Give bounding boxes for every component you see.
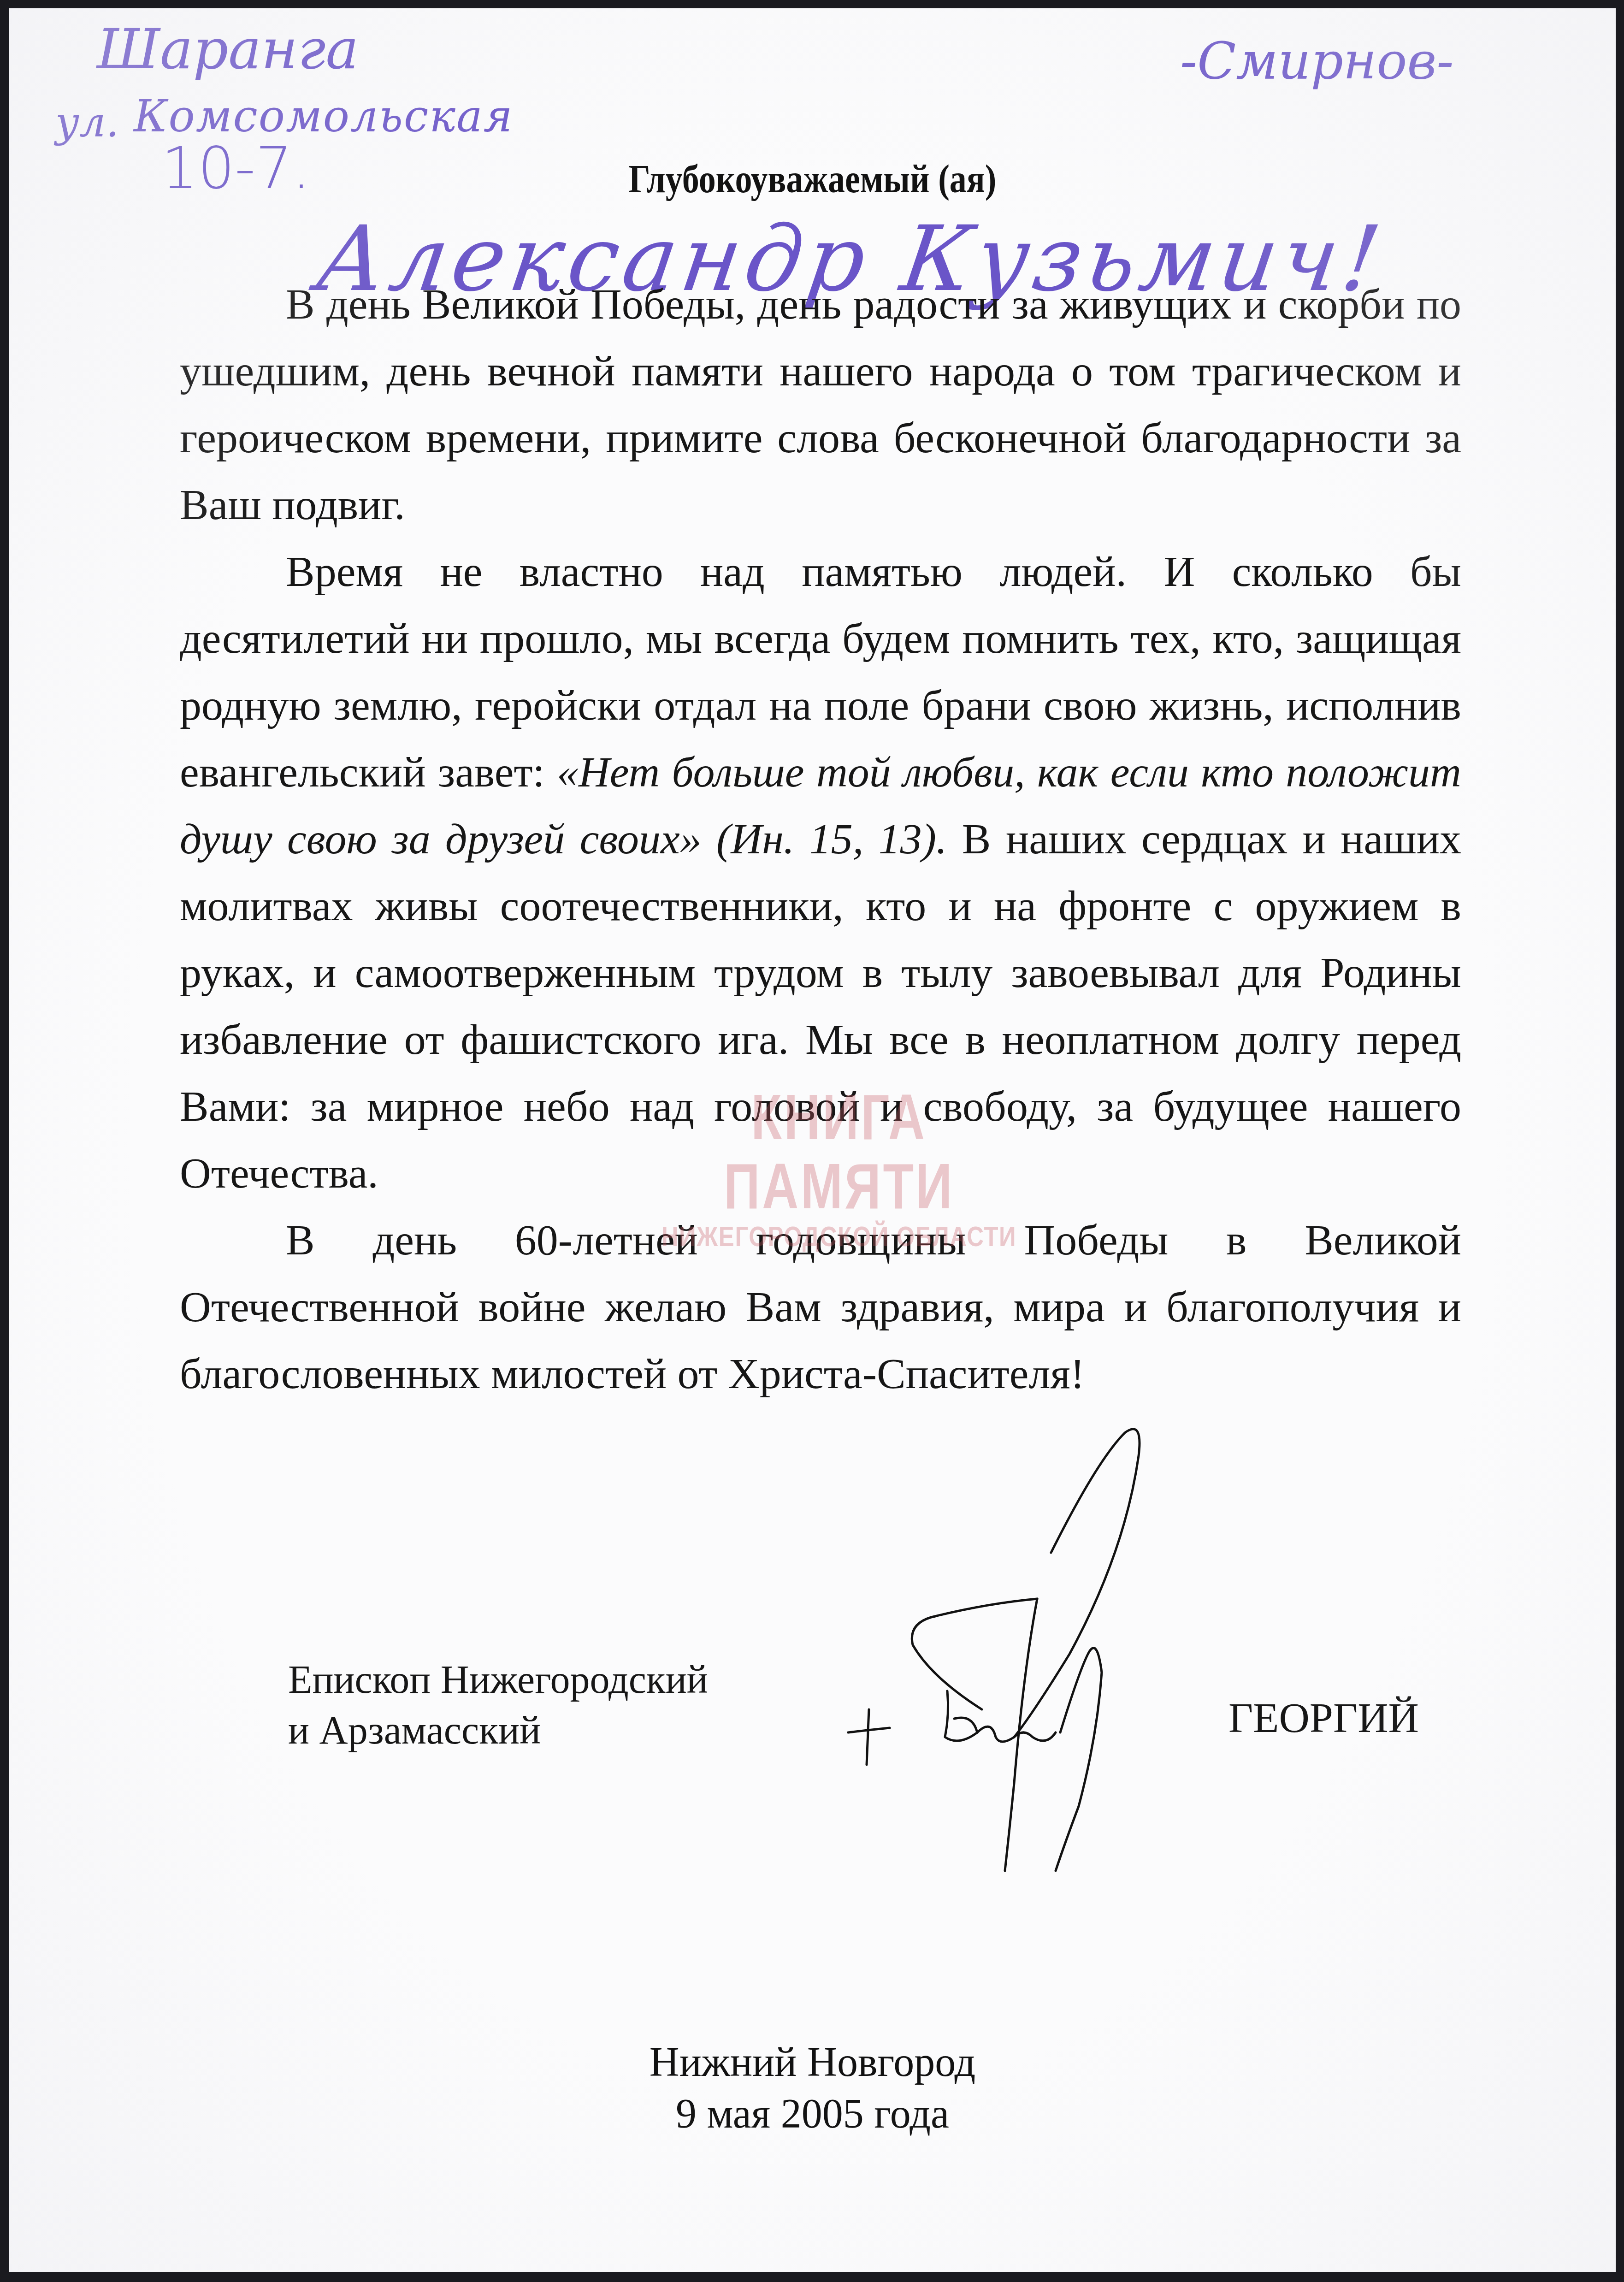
letter-page: Шаранга ул. Комсомольская 10-7. -Смирнов…: [9, 8, 1616, 2272]
paragraph-2-rest: В наших сердцах и наших молитвах живы со…: [180, 815, 1461, 1197]
signatory-title-line-2: и Арзамасский: [288, 1705, 708, 1756]
signatory-title: Епископ Нижегородский и Арзамасский: [288, 1654, 708, 1756]
paragraph-3: В день 60-летней годовщины Победы в Вели…: [180, 1207, 1461, 1407]
place-and-date: Нижний Новгород 9 мая 2005 года: [9, 2037, 1616, 2140]
signature-icon: [839, 1414, 1254, 1875]
greeting-heading: Глубокоуважаемый (ая): [122, 156, 1503, 202]
paragraph-2: Время не властно над памятью людей. И ск…: [180, 538, 1461, 1207]
handwritten-town: Шаранга: [97, 18, 359, 82]
handwritten-surname: -Смирнов-: [1180, 31, 1454, 90]
paragraph-1: В день Великой Победы, день радости за ж…: [180, 271, 1461, 538]
handwritten-street: Комсомольская: [134, 91, 514, 142]
signatory-title-line-1: Епископ Нижегородский: [288, 1654, 708, 1705]
handwritten-street-prefix: ул.: [55, 98, 119, 147]
date: 9 мая 2005 года: [9, 2088, 1616, 2140]
letter-body: В день Великой Победы, день радости за ж…: [180, 271, 1461, 1407]
signatory-name: ГЕОРГИЙ: [1228, 1693, 1419, 1742]
place: Нижний Новгород: [9, 2037, 1616, 2088]
